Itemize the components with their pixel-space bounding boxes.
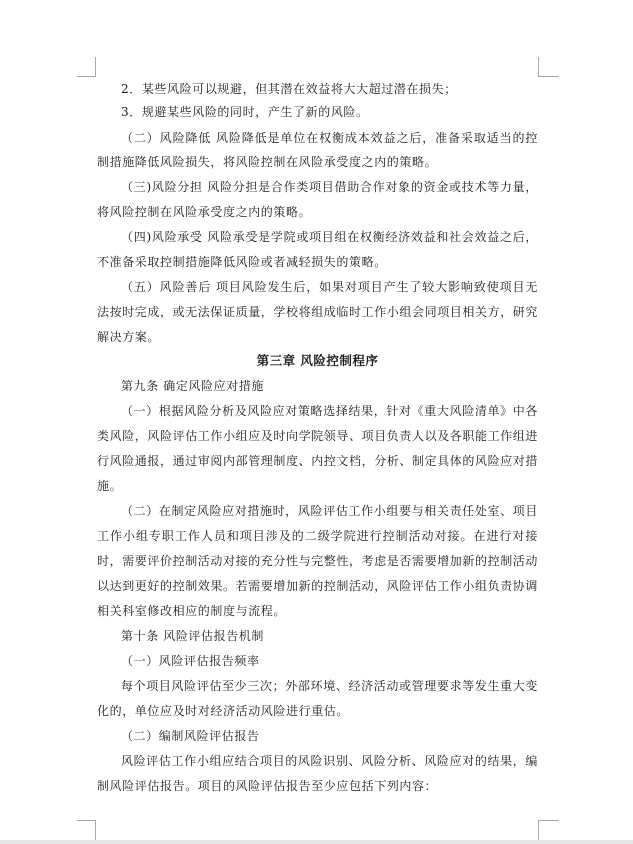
paragraph-10-1: 每个项目风险评估至少三次；外部环境、经济活动或管理要求等发生重大变 (121, 677, 538, 695)
paragraph-risk-acceptance: （四)风险承受 风险承受是学院或项目组在权衡经济效益和社会效益之后， (121, 228, 538, 246)
paragraph-10-2-end: 制风险评估报告。项目的风险评估报告至少应包括下列内容： (97, 777, 538, 795)
paragraph-9-2: （二）在制定风险应对措施时，风险评估工作小组要与相关责任处室、项目 (121, 502, 538, 520)
paragraph-10-1-end: 化的，单位应及时对经济活动风险进行重估。 (97, 702, 538, 720)
paragraph-9-1: （一）根据风险分析及风险应对策略选择结果，针对《重大风险清单》中各 (121, 402, 538, 420)
list-item-2: 2．某些风险可以规避，但其潜在效益将大大超过潜在损失； (121, 80, 538, 98)
subsection-10-2-title: （二）编制风险评估报告 (121, 727, 538, 745)
page-bottom-gap (0, 840, 633, 844)
paragraph-risk-aftermath: （五）风险善后 项目风险发生后，如果对项目产生了较大影响致使项目无 (121, 278, 538, 296)
page-corner-mark-bottom-right (538, 820, 559, 841)
paragraph-9-2-cont: 工作小组专职工作人员和项目涉及的二级学院进行控制活动对接。在进行对接 (97, 527, 538, 545)
paragraph-risk-reduction-cont: 制措施降低风险损失，将风险控制在风险承受度之内的策略。 (97, 153, 538, 171)
paragraph-risk-reduction: （二）风险降低 风险降低是单位在权衡成本效益之后，准备采取适当的控 (121, 129, 538, 147)
paragraph-risk-sharing: （三)风险分担 风险分担是合作类项目借助合作对象的资金或技术等力量， (121, 178, 538, 196)
chapter-heading: 第三章 风险控制程序 (97, 352, 538, 370)
paragraph-risk-aftermath-cont: 法按时完成，或无法保证质量，学校将组成临时工作小组会同项目相关方，研究 (97, 303, 538, 321)
paragraph-risk-aftermath-end: 解决方案。 (97, 328, 538, 346)
paragraph-9-2-end: 相关科室修改相应的制度与流程。 (97, 602, 538, 620)
paragraph-9-2-cont2: 时，需要评价控制活动对接的充分性与完整性，考虑是否需要增加新的控制活动 (97, 552, 538, 570)
page-corner-mark-top-right (538, 57, 559, 77)
page-corner-mark-top-left (77, 57, 96, 77)
paragraph-risk-sharing-cont: 将风险控制在风险承受度之内的策略。 (97, 203, 538, 221)
paragraph-risk-acceptance-cont: 不准备采取控制措施降低风险或者减轻损失的策略。 (97, 253, 538, 271)
article-9-title: 第九条 确定风险应对措施 (121, 377, 538, 395)
subsection-10-1-title: （一）风险评估报告频率 (121, 652, 538, 670)
page-corner-mark-bottom-left (77, 820, 96, 841)
document-page: 2．某些风险可以规避，但其潜在效益将大大超过潜在损失； 3．规避某些风险的同时，… (0, 0, 633, 840)
paragraph-10-2: 风险评估工作小组应结合项目的风险识别、风险分析、风险应对的结果，编 (121, 752, 538, 770)
paragraph-9-1-cont: 类风险，风险评估工作小组应及时向学院领导、项目负责人以及各职能工作组进 (97, 427, 538, 445)
article-10-title: 第十条 风险评估报告机制 (121, 627, 538, 645)
paragraph-9-1-cont2: 行风险通报，通过审阅内部管理制度、内控文档，分析、制定具体的风险应对措 (97, 452, 538, 470)
paragraph-9-1-end: 施。 (97, 477, 538, 495)
paragraph-9-2-cont3: 以达到更好的控制效果。若需要增加新的控制活动，风险评估工作小组负责协调 (97, 577, 538, 595)
list-item-3: 3．规避某些风险的同时，产生了新的风险。 (121, 103, 538, 121)
